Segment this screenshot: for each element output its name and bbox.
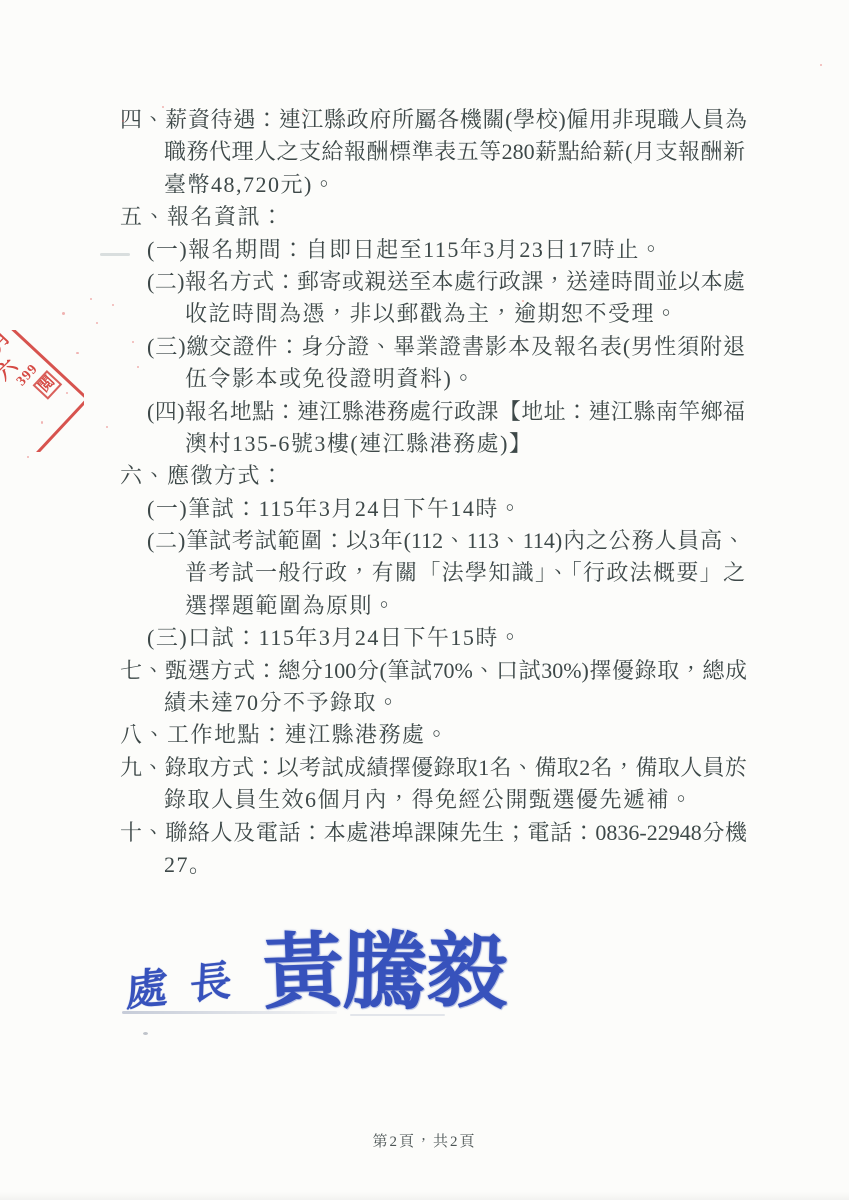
document-line: (三)繳交證件：身分證、畢業證書影本及報名表(男性須附退 — [0, 331, 745, 363]
document-line: 伍令影本或免役證明資料)。 — [0, 363, 849, 395]
ink-smear — [122, 1011, 337, 1014]
document-line: (一)報名期間：自即日起至115年3月23日17時止。 — [0, 234, 849, 266]
document-line: 錄取人員生效6個月內，得免經公開甄選優先遞補。 — [0, 784, 849, 816]
document-line: (四)報名地點：連江縣港務處行政課【地址：連江縣南竿鄉福 — [0, 396, 745, 428]
document-line: 績未達70分不予錄取。 — [0, 687, 849, 719]
scanned-document-page: { "document": { "ink_color": "#3d4848", … — [0, 0, 849, 1200]
document-line: 收訖時間為憑，非以郵戳為主，逾期恕不受理。 — [0, 298, 849, 330]
document-body: 四、薪資待遇：連江縣政府所屬各機關(學校)僱用非現職人員為職務代理人之支給報酬標… — [0, 104, 849, 881]
document-line: 十、聯絡人及電話：本處港埠課陳先生；電話：0836-22948分機 — [0, 817, 747, 849]
signature-name-char: 騰 — [342, 930, 429, 1017]
document-line: 27。 — [0, 849, 849, 881]
document-line: 五、報名資訊： — [0, 201, 849, 233]
document-line: 八、工作地點：連江縣港務處。 — [0, 719, 849, 751]
signature-name-char: 黃 — [261, 931, 346, 1016]
page-number: 第2頁，共2頁 — [0, 1130, 849, 1151]
document-line: 四、薪資待遇：連江縣政府所屬各機關(學校)僱用非現職人員為 — [0, 104, 747, 136]
document-line: 六、應徵方式： — [0, 460, 849, 492]
signature-title: 處長 — [125, 945, 254, 1019]
document-line: (三)口試：115年3月24日下午15時。 — [0, 622, 849, 654]
document-line: 臺幣48,720元)。 — [0, 169, 849, 201]
ink-smear — [350, 1014, 445, 1016]
scan-smudge — [100, 253, 130, 256]
document-line: (二)報名方式：郵寄或親送至本處行政課，送達時間並以本處 — [0, 266, 745, 298]
document-line: (一)筆試：115年3月24日下午14時。 — [0, 493, 849, 525]
document-line: 選擇題範圍為原則。 — [0, 590, 849, 622]
document-line: 普考試一般行政，有關「法學知識」、「行政法概要」之 — [0, 557, 745, 589]
signature-name: 黃騰毅 — [262, 932, 508, 1014]
document-line: 七、甄選方式：總分100分(筆試70%、口試30%)擇優錄取，總成 — [0, 655, 747, 687]
scan-edge-shadow — [0, 1192, 849, 1200]
ink-dot — [143, 1032, 148, 1035]
document-line: 九、錄取方式：以考試成績擇優錄取1名、備取2名，備取人員於 — [0, 752, 747, 784]
signature-name-char: 毅 — [425, 931, 510, 1016]
document-line: 職務代理人之支給報酬標準表五等280薪點給薪(月支報酬新 — [0, 136, 745, 168]
document-line: 澳村135-6號3樓(連江縣港務處)】 — [0, 428, 849, 460]
document-line: (二)筆試考試範圍：以3年(112、113、114)內之公務人員高、 — [0, 525, 745, 557]
